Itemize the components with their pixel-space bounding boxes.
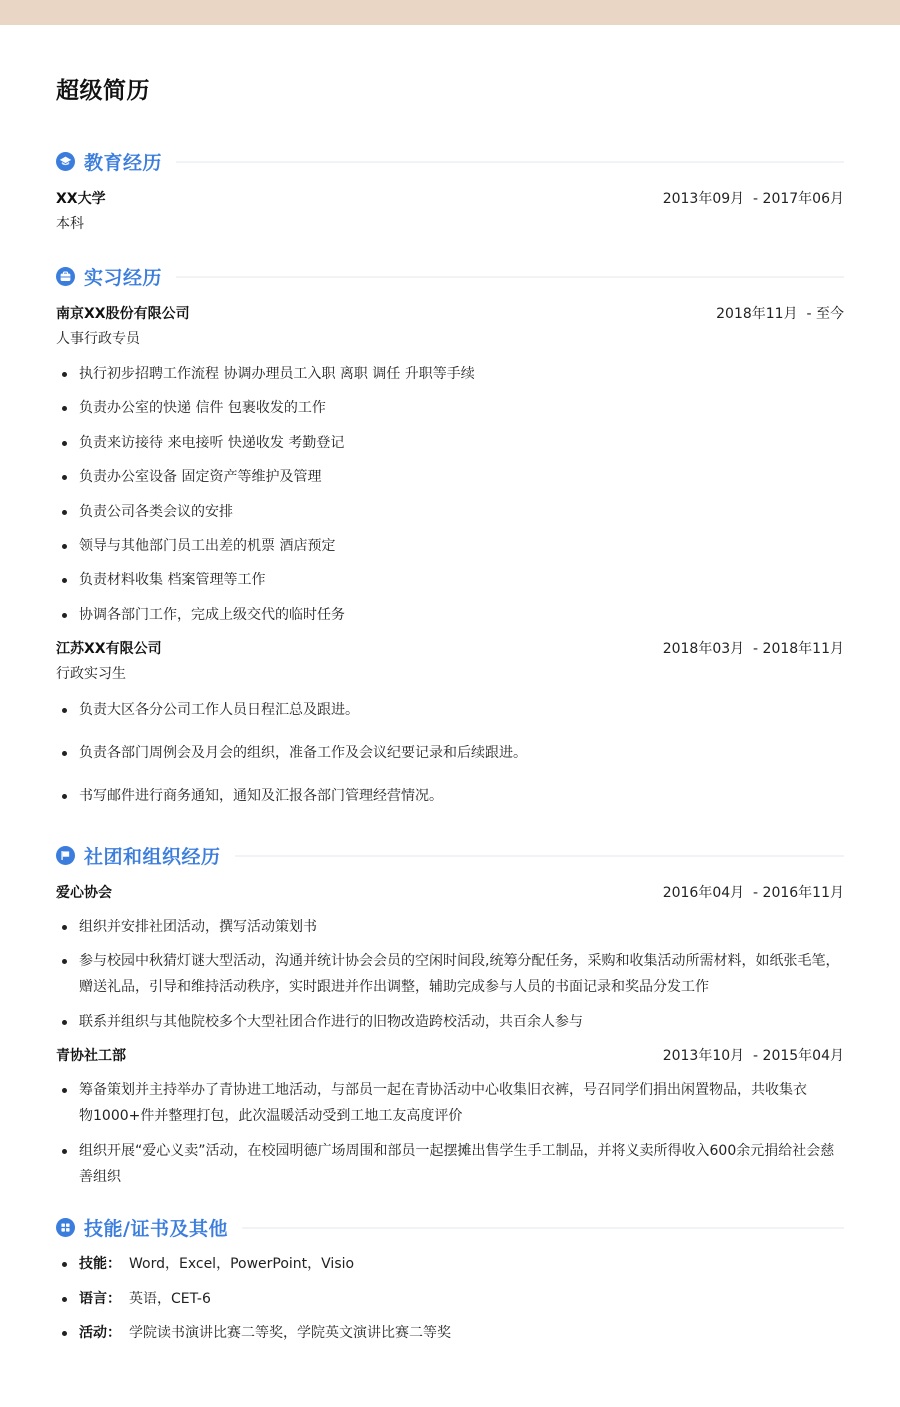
section-divider — [235, 855, 844, 857]
briefcase-icon — [56, 267, 75, 286]
section-title: 社团和组织经历 — [84, 842, 221, 869]
list-item: 书写邮件进行商务通知，通知及汇报各部门管理经营情况。 — [62, 783, 844, 809]
flag-icon — [56, 846, 75, 865]
date-range: 2018年03月 - 2018年11月 — [663, 638, 844, 658]
job-title: 人事行政专员 — [56, 328, 140, 350]
company-name: 江苏XX有限公司 — [56, 638, 162, 658]
skill-label: 技能： — [79, 1256, 121, 1272]
graduation-cap-icon — [56, 152, 75, 171]
date-range: 2013年10月 - 2015年04月 — [663, 1045, 844, 1065]
skill-value: 英语，CET-6 — [129, 1291, 211, 1307]
skill-value: Word，Excel，PowerPoint，Visio — [129, 1256, 354, 1272]
list-item: 组织并安排社团活动，撰写活动策划书 — [62, 914, 844, 940]
list-item: 协调各部门工作，完成上级交代的临时任务 — [62, 602, 844, 628]
skill-item: 活动：学院读书演讲比赛二等奖，学院英文演讲比赛二等奖 — [62, 1320, 844, 1346]
list-item: 领导与其他部门员工出差的机票 酒店预定 — [62, 533, 844, 559]
club-name: 爱心协会 — [56, 882, 112, 902]
section-divider — [242, 1227, 844, 1229]
club-entry-2: 青协社工部 2013年10月 - 2015年04月 — [56, 1044, 844, 1066]
job-title: 行政实习生 — [56, 663, 126, 685]
degree: 本科 — [56, 213, 84, 235]
club-name: 青协社工部 — [56, 1045, 126, 1065]
top-banner — [0, 0, 900, 25]
section-divider — [176, 276, 844, 278]
club-entry-1: 爱心协会 2016年04月 - 2016年11月 — [56, 881, 844, 903]
list-item: 筹备策划并主持举办了青协进工地活动，与部员一起在青协活动中心收集旧衣裤，号召同学… — [62, 1077, 807, 1129]
list-item: 联系并组织与其他院校多个大型社团合作进行的旧物改造跨校活动，共百余人参与 — [62, 1009, 844, 1035]
list-item: 负责各部门周例会及月会的组织，准备工作及会议纪要记录和后续跟进。 — [62, 740, 844, 766]
list-item: 负责来访接待 来电接听 快递收发 考勤登记 — [62, 430, 844, 456]
skill-item: 语言：英语，CET-6 — [62, 1286, 844, 1312]
section-title: 技能/证书及其他 — [84, 1214, 228, 1241]
section-header-clubs: 社团和组织经历 — [56, 841, 844, 869]
list-item: 参与校园中秋猜灯谜大型活动，沟通并统计协会会员的空闲时间段,统筹分配任务，采购和… — [62, 948, 844, 1000]
page-title: 超级简历 — [56, 72, 150, 105]
grid-icon — [56, 1218, 75, 1237]
list-item: 负责大区各分公司工作人员日程汇总及跟进。 — [62, 697, 844, 723]
internship-entry-2: 江苏XX有限公司 2018年03月 - 2018年11月 — [56, 637, 844, 659]
date-range: 2016年04月 - 2016年11月 — [663, 882, 844, 902]
company-name: 南京XX股份有限公司 — [56, 303, 190, 323]
section-divider — [176, 161, 844, 163]
date-range: 2018年11月 - 至今 — [716, 303, 844, 323]
list-item: 负责办公室的快递 信件 包裹收发的工作 — [62, 395, 844, 421]
section-header-internship: 实习经历 — [56, 262, 844, 290]
list-item: 执行初步招聘工作流程 协调办理员工入职 离职 调任 升职等手续 — [62, 361, 844, 387]
list-item: 组织开展“爱心义卖”活动，在校园明德广场周围和部员一起摆摊出售学生手工制品，并将… — [62, 1138, 844, 1190]
section-title: 实习经历 — [84, 263, 162, 290]
list-item: 负责材料收集 档案管理等工作 — [62, 567, 844, 593]
section-header-education: 教育经历 — [56, 147, 844, 175]
internship-entry-1: 南京XX股份有限公司 2018年11月 - 至今 — [56, 302, 844, 324]
skill-value: 学院读书演讲比赛二等奖，学院英文演讲比赛二等奖 — [129, 1325, 451, 1341]
date-range: 2013年09月 - 2017年06月 — [663, 188, 844, 208]
education-entry: XX大学 2013年09月 - 2017年06月 — [56, 187, 844, 209]
list-item: 负责公司各类会议的安排 — [62, 499, 844, 525]
section-title: 教育经历 — [84, 148, 162, 175]
section-header-skills: 技能/证书及其他 — [56, 1213, 844, 1241]
school-name: XX大学 — [56, 188, 106, 208]
skill-label: 活动： — [79, 1325, 121, 1341]
skill-item: 技能：Word，Excel，PowerPoint，Visio — [62, 1251, 844, 1277]
list-item: 负责办公室设备 固定资产等维护及管理 — [62, 464, 844, 490]
skill-label: 语言： — [79, 1291, 121, 1307]
